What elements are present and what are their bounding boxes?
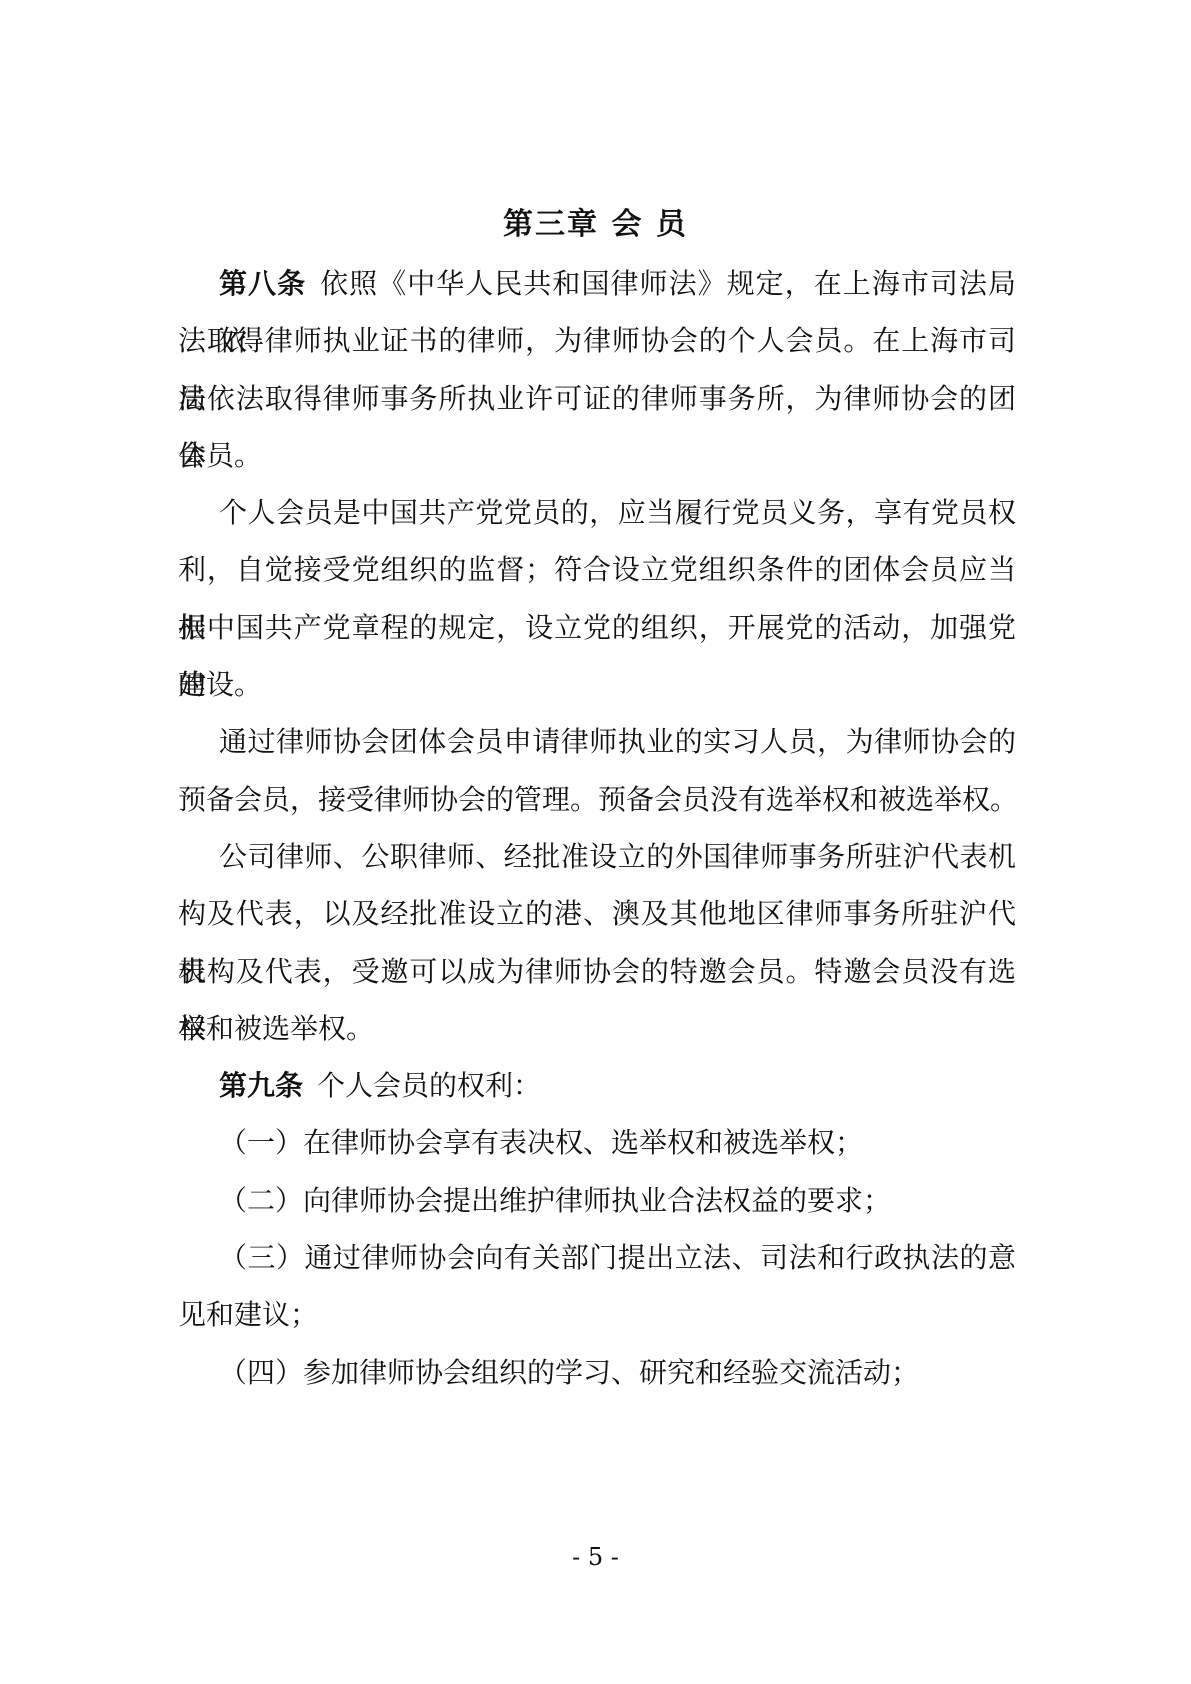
- chapter-heading: 第三章 会 员: [0, 196, 1191, 253]
- invited-paragraph-line-4: 权和被选举权。: [178, 1000, 1016, 1057]
- party-paragraph-line-2: 利，自觉接受党组织的监督；符合设立党组织条件的团体会员应当根: [178, 541, 1016, 598]
- article9-item-3-line-2: 见和建议；: [178, 1286, 1016, 1343]
- article9-number-label: 第九条: [219, 1069, 303, 1102]
- article9-item-2: （二）向律师协会提出维护律师执业合法权益的要求；: [178, 1172, 1016, 1229]
- invited-paragraph-line-2: 构及代表，以及经批准设立的港、澳及其他地区律师事务所驻沪代表: [178, 885, 1016, 942]
- article8-number-label: 第八条: [219, 267, 306, 300]
- paragraph-line: 第九条个人会员的权利：: [178, 1057, 1016, 1114]
- article9-item-4: （四）参加律师协会组织的学习、研究和经验交流活动；: [178, 1344, 1016, 1401]
- article9-item-1: （一）在律师协会享有表决权、选举权和被选举权；: [178, 1114, 1016, 1171]
- article9-item-3-line-1: （三）通过律师协会向有关部门提出立法、司法和行政执法的意: [178, 1229, 1016, 1286]
- article8-line-3: 局依法取得律师事务所执业许可证的律师事务所，为律师协会的团体: [178, 370, 1016, 427]
- invited-paragraph-line-3: 机构及代表，受邀可以成为律师协会的特邀会员。特邀会员没有选举: [178, 943, 1016, 1000]
- page-number: - 5 -: [0, 1537, 1191, 1577]
- party-paragraph-line-1: 个人会员是中国共产党党员的，应当履行党员义务，享有党员权: [178, 484, 1016, 541]
- article8-line-2: 法取得律师执业证书的律师，为律师协会的个人会员。在上海市司法: [178, 312, 1016, 369]
- trainee-paragraph-line-1: 通过律师协会团体会员申请律师执业的实习人员，为律师协会的: [178, 713, 1016, 770]
- party-paragraph-line-4: 建设。: [178, 656, 1016, 713]
- document-body: 第八条依照《中华人民共和国律师法》规定，在上海市司法局依 法取得律师执业证书的律…: [178, 255, 1016, 1401]
- party-paragraph-line-3: 据中国共产党章程的规定，设立党的组织，开展党的活动，加强党的: [178, 599, 1016, 656]
- document-page: 第三章 会 员 第八条依照《中华人民共和国律师法》规定，在上海市司法局依 法取得…: [0, 0, 1191, 1684]
- invited-paragraph-line-1: 公司律师、公职律师、经批准设立的外国律师事务所驻沪代表机: [178, 828, 1016, 885]
- paragraph-line: 第八条依照《中华人民共和国律师法》规定，在上海市司法局依: [178, 255, 1016, 312]
- article8-line-4: 会员。: [178, 427, 1016, 484]
- trainee-paragraph-line-2: 预备会员，接受律师协会的管理。预备会员没有选举权和被选举权。: [178, 771, 1016, 828]
- article9-intro: 个人会员的权利：: [317, 1069, 541, 1102]
